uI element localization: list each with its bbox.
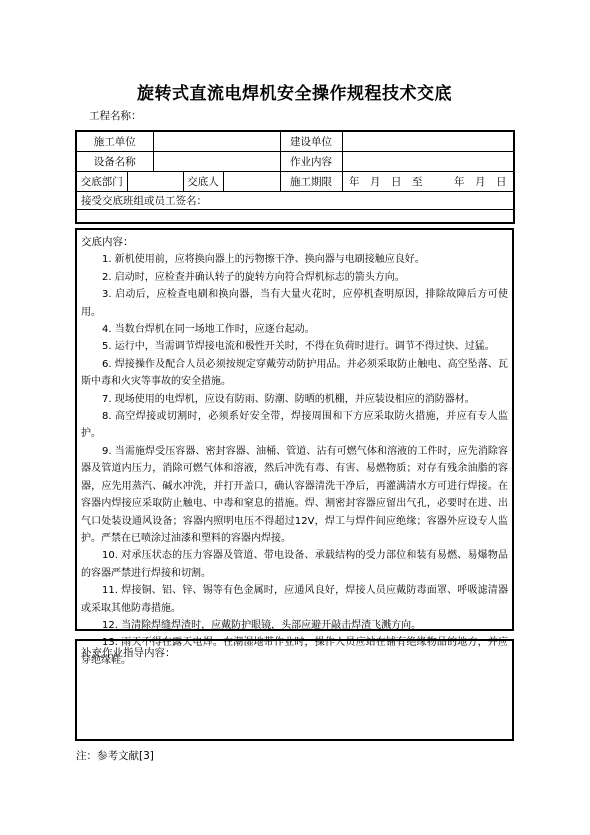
table-row: 设备名称 作业内容 (76, 152, 514, 172)
disclosure-item: 2. 启动时，应检查并确认转子的旋转方向符合焊机标志的箭头方向。 (81, 269, 508, 286)
info-table: 施工单位 建设单位 设备名称 作业内容 交底部门 交底人 施工期限 年 月 日 … (75, 130, 515, 224)
disclosure-content-heading: 交底内容： (81, 234, 508, 251)
work-content-value (342, 152, 514, 172)
disclosure-item: 7. 现场使用的电焊机，应设有防雨、防潮、防晒的机棚，并应装设相应的消防器材。 (81, 391, 508, 408)
disclosure-dept-value (127, 172, 183, 192)
disclosure-item: 9. 当需施焊受压容器、密封容器、油桶、管道、沾有可燃气体和溶液的工件时，应先消… (81, 443, 508, 547)
discloser-label: 交底人 (183, 172, 223, 192)
table-row: 施工单位 建设单位 (76, 131, 514, 152)
disclosure-item: 6. 焊接操作及配合人员必须按规定穿戴劳动防护用品。并必须采取防止触电、高空坠落… (81, 356, 508, 391)
document-page: 旋转式直流电焊机安全操作规程技术交底 工程名称： 施工单位 建设单位 设备名称 … (0, 0, 590, 835)
disclosure-item: 11. 焊接铜、铝、锌、锡等有色金属时，应通风良好，焊接人员应戴防毒面罩、呼吸滤… (81, 582, 508, 617)
equipment-name-label: 设备名称 (76, 152, 153, 172)
table-row: 接受交底班组或员工签名： (76, 192, 514, 210)
disclosure-item: 3. 启动后，应检查电刷和换向器，当有大量火花时，应停机查明原因，排除故障后方可… (81, 286, 508, 321)
construction-unit-label: 施工单位 (76, 131, 153, 152)
build-org-value (342, 131, 514, 152)
disclosure-item: 4. 当数台焊机在同一场地工作时，应逐台起动。 (81, 321, 508, 338)
disclosure-item: 1. 新机使用前，应将换向器上的污物擦干净、换向器与电刷接触应良好。 (81, 251, 508, 268)
discloser-value (223, 172, 280, 192)
construction-unit-value (153, 131, 280, 152)
disclosure-item: 12. 当清除焊缝焊渣时，应戴防护眼镜，头部应避开敲击焊渣飞溅方向。 (81, 617, 508, 634)
construction-period-value: 年 月 日 至 年 月 日 (342, 172, 514, 192)
disclosure-item: 5. 运行中，当需调节焊接电流和极性开关时，不得在负荷时进行。调节不得过快、过猛… (81, 338, 508, 355)
table-row: 交底部门 交底人 施工期限 年 月 日 至 年 月 日 (76, 172, 514, 192)
reference-note: 注：参考文献[3] (75, 748, 514, 763)
disclosure-content-box: 交底内容： 1. 新机使用前，应将换向器上的污物擦干净、换向器与电刷接触应良好。… (75, 228, 514, 631)
table-row (76, 210, 514, 224)
work-content-label: 作业内容 (280, 152, 342, 172)
disclosure-item: 8. 高空焊接或切割时，必须系好安全带，焊接周围和下方应采取防火措施，并应有专人… (81, 408, 508, 443)
project-name-label: 工程名称： (89, 110, 514, 123)
disclosure-item: 10. 对承压状态的压力容器及管道、带电设备、承载结构的受力部位和装有易燃、易爆… (81, 547, 508, 582)
signature-blank-row (76, 210, 514, 224)
equipment-name-value (153, 152, 280, 172)
form-document: 旋转式直流电焊机安全操作规程技术交底 工程名称： 施工单位 建设单位 设备名称 … (75, 84, 514, 763)
disclosure-dept-label: 交底部门 (76, 172, 127, 192)
signature-label: 接受交底班组或员工签名： (76, 192, 514, 210)
build-org-label: 建设单位 (280, 131, 342, 152)
document-title: 旋转式直流电焊机安全操作规程技术交底 (75, 84, 514, 104)
construction-period-label: 施工期限 (280, 172, 342, 192)
supplement-box: 补充作业指导内容： (75, 639, 514, 741)
